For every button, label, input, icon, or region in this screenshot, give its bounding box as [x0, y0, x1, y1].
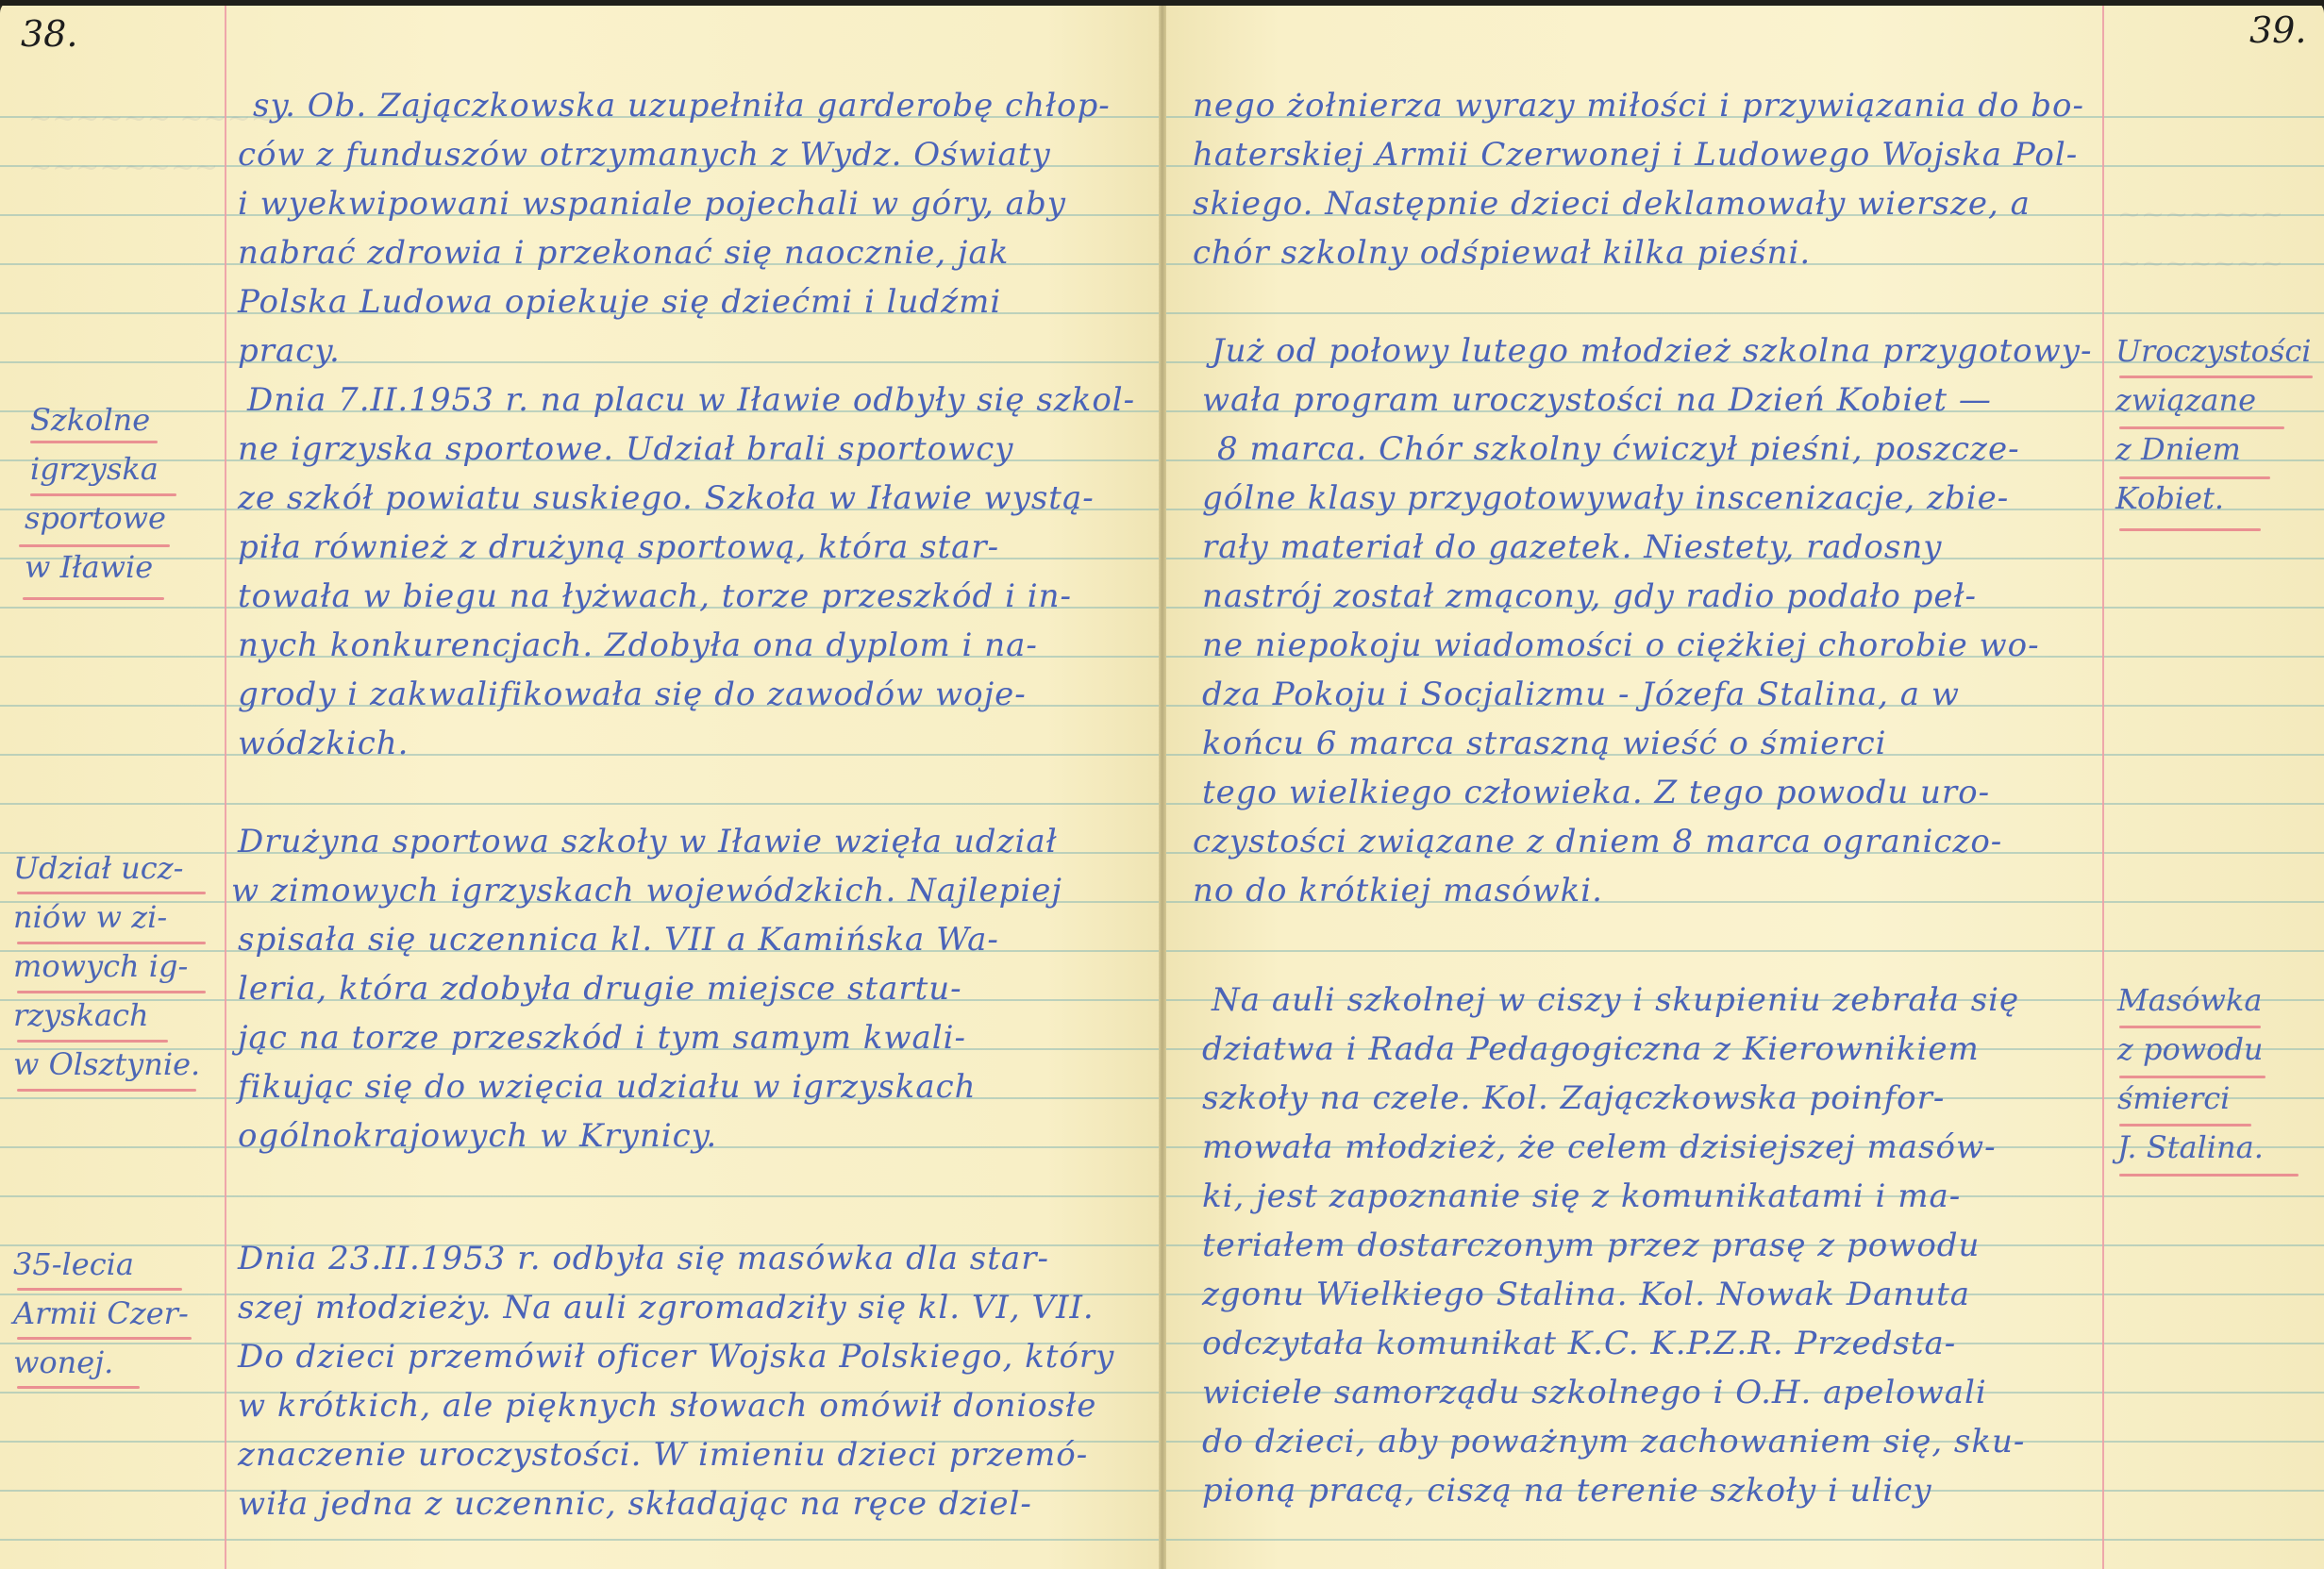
text-line: sy. Ob. Zajączkowska uzupełniła garderob…	[253, 87, 1111, 125]
text-line: Dnia 7.II.1953 r. na placu w Iławie odby…	[247, 381, 1135, 419]
text-line: Na auli szkolnej w ciszy i skupieniu zeb…	[1212, 981, 2019, 1019]
margin-note: igrzyska	[30, 450, 159, 488]
text-line: grody i zakwalifikowała się do zawodów w…	[238, 676, 1027, 713]
margin-note: z Dniem	[2115, 430, 2241, 468]
margin-underline	[2119, 1124, 2251, 1127]
margin-underline	[2119, 1076, 2265, 1078]
margin-underline	[30, 493, 176, 496]
text-line: skiego. Następnie dzieci deklamowały wie…	[1193, 185, 2031, 223]
margin-note: związane	[2115, 381, 2256, 419]
text-line: rały materiał do gazetek. Niestety, rado…	[1202, 528, 1942, 566]
text-line: piła również z drużyną sportową, która s…	[238, 528, 999, 566]
text-line: nych konkurencjach. Zdobyła ona dyplom i…	[238, 626, 1038, 664]
text-line: dza Pokoju i Socjalizmu - Józefa Stalina…	[1202, 676, 1960, 713]
text-line: towała w biegu na łyżwach, torze przeszk…	[238, 577, 1072, 615]
text-line: jąc na torze przeszkód i tym samym kwali…	[238, 1019, 966, 1057]
margin-note: Armii Czer-	[13, 1294, 189, 1332]
text-line: szkoły na czele. Kol. Zajączkowska poinf…	[1202, 1079, 1945, 1117]
text-line: pracy.	[238, 332, 341, 370]
text-line: wiła jedna z uczennic, składając na ręce…	[238, 1485, 1032, 1523]
text-line: odczytała komunikat K.C. K.P.Z.R. Przeds…	[1202, 1325, 1956, 1362]
bleed-through-text: ~~~~~~~	[2117, 247, 2283, 280]
text-line: dziatwa i Rada Pedagogiczna z Kierowniki…	[1202, 1030, 1980, 1068]
text-line: końcu 6 marca straszną wieść o śmierci	[1202, 725, 1887, 762]
text-line: tego wielkiego człowieka. Z tego powodu …	[1202, 774, 1990, 811]
text-line: gólne klasy przygotowywały inscenizacje,…	[1202, 479, 2009, 517]
page-number-right: 39.	[2249, 9, 2306, 51]
bleed-through-text: ~~~~~~~	[2117, 198, 2283, 231]
text-line: do dzieci, aby poważnym zachowaniem się,…	[1202, 1423, 2025, 1461]
text-line: i wyekwipowani wspaniale pojechali w gór…	[238, 185, 1066, 223]
text-line: w krótkich, ale pięknych słowach omówił …	[238, 1387, 1096, 1425]
margin-underline	[17, 1337, 192, 1340]
right-page: 39. ~~~~~~~ ~~~~~~~ nego żołnierza wyraz…	[1164, 0, 2324, 1569]
text-line: ze szkół powiatu suskiego. Szkoła w Iław…	[238, 479, 1095, 517]
margin-note: J. Stalina.	[2117, 1128, 2264, 1166]
margin-underline	[19, 544, 170, 547]
text-line: nabrać zdrowia i przekonać się naocznie,…	[238, 234, 1009, 272]
text-line: haterskiej Armii Czerwonej i Ludowego Wo…	[1193, 136, 2078, 174]
text-line: chór szkolny odśpiewał kilka pieśni.	[1193, 234, 1811, 272]
text-line: mowała młodzież, że celem dzisiejszej ma…	[1202, 1128, 1997, 1166]
margin-note: 35-lecia	[13, 1245, 134, 1283]
margin-note: mowych ig-	[13, 947, 188, 985]
margin-underline	[2119, 376, 2313, 378]
notebook-gutter	[1159, 0, 1166, 1569]
margin-underline	[23, 597, 164, 600]
page-number-left: 38.	[21, 13, 77, 55]
text-line: Dnia 23.II.1953 r. odbyła się masówka dl…	[238, 1240, 1049, 1277]
margin-note: wonej.	[13, 1344, 113, 1381]
text-line: Już od połowy lutego młodzież szkolna pr…	[1212, 332, 2092, 370]
text-line: znaczenie uroczystości. W imieniu dzieci…	[238, 1436, 1088, 1474]
margin-underline	[17, 892, 206, 894]
text-line: ne niepokoju wiadomości o ciężkiej choro…	[1202, 626, 2040, 664]
text-line: 8 marca. Chór szkolny ćwiczył pieśni, po…	[1217, 430, 2020, 468]
margin-underline	[2119, 1174, 2299, 1177]
text-line: ne igrzyska sportowe. Udział brali sport…	[238, 430, 1013, 468]
left-page: 38. ~~~~~~ ~~~~ ~~~~~~~~ sy. Ob. Zajączk…	[0, 0, 1162, 1569]
text-line: zgonu Wielkiego Stalina. Kol. Nowak Danu…	[1202, 1276, 1970, 1313]
text-line: pioną pracą, ciszą na terenie szkoły i u…	[1202, 1472, 1932, 1510]
text-line: wiciele samorządu szkolnego i O.H. apelo…	[1202, 1374, 1987, 1411]
margin-note: sportowe	[25, 499, 166, 537]
margin-underline	[17, 1288, 182, 1291]
margin-underline	[17, 942, 206, 944]
margin-underline	[17, 1089, 196, 1092]
text-line: czystości związane z dniem 8 marca ogran…	[1193, 823, 2002, 860]
bleed-through-text: ~~~~~~ ~~~~	[28, 102, 275, 135]
text-line: ogólnokrajowych w Krynicy.	[238, 1117, 717, 1155]
text-line: w zimowych igrzyskach wojewódzkich. Najl…	[231, 872, 1062, 910]
notebook-cover-edge	[0, 0, 2324, 6]
text-line: fikując się do wzięcia udziału w igrzysk…	[238, 1068, 977, 1106]
right-margin-line	[2102, 0, 2104, 1569]
text-line: teriałem dostarczonym przez prasę z powo…	[1202, 1227, 1980, 1264]
margin-underline	[2119, 426, 2284, 429]
margin-note: Uroczystości	[2115, 332, 2312, 370]
margin-note: niów w zi-	[13, 898, 167, 936]
text-line: nego żołnierza wyrazy miłości i przywiąz…	[1193, 87, 2084, 125]
margin-note: rzyskach	[13, 996, 149, 1034]
text-line: wała program uroczystości na Dzień Kobie…	[1202, 381, 1992, 419]
margin-underline	[17, 1386, 140, 1389]
margin-underline	[2119, 1026, 2261, 1028]
margin-note: Kobiet.	[2115, 479, 2224, 517]
margin-note: śmierci	[2117, 1079, 2230, 1117]
text-line: ki, jest zapoznanie się z komunikatami i…	[1202, 1177, 1961, 1215]
text-line: nastrój został zmącony, gdy radio podało…	[1202, 577, 1977, 615]
left-margin-line	[225, 0, 226, 1569]
margin-underline	[30, 441, 158, 443]
text-line: Drużyna sportowa szkoły w Iławie wzięła …	[238, 823, 1058, 860]
text-line: Polska Ludowa opiekuje się dziećmi i lud…	[238, 283, 1001, 321]
text-line: spisała się uczennica kl. VII a Kamińska…	[238, 921, 999, 959]
text-line: szej młodzieży. Na auli zgromadziły się …	[238, 1289, 1095, 1327]
margin-underline	[17, 991, 206, 993]
margin-note: w Olsztynie.	[13, 1045, 200, 1083]
text-line: no do krótkiej masówki.	[1193, 872, 1603, 910]
text-line: Do dzieci przemówił oficer Wojska Polski…	[238, 1338, 1114, 1376]
margin-note: Udział ucz-	[13, 849, 183, 887]
margin-note: z powodu	[2117, 1030, 2264, 1068]
text-line: wódzkich.	[238, 725, 409, 762]
text-line: leria, która zdobyła drugie miejsce star…	[238, 970, 962, 1008]
margin-underline	[2119, 528, 2261, 531]
margin-note: Szkolne	[30, 401, 150, 439]
text-line: ców z funduszów otrzymanych z Wydz. Oświ…	[238, 136, 1051, 174]
bleed-through-text: ~~~~~~~~	[28, 151, 218, 184]
margin-underline	[17, 1040, 168, 1043]
margin-note: w Iławie	[25, 548, 153, 586]
margin-note: Masówka	[2117, 981, 2262, 1019]
